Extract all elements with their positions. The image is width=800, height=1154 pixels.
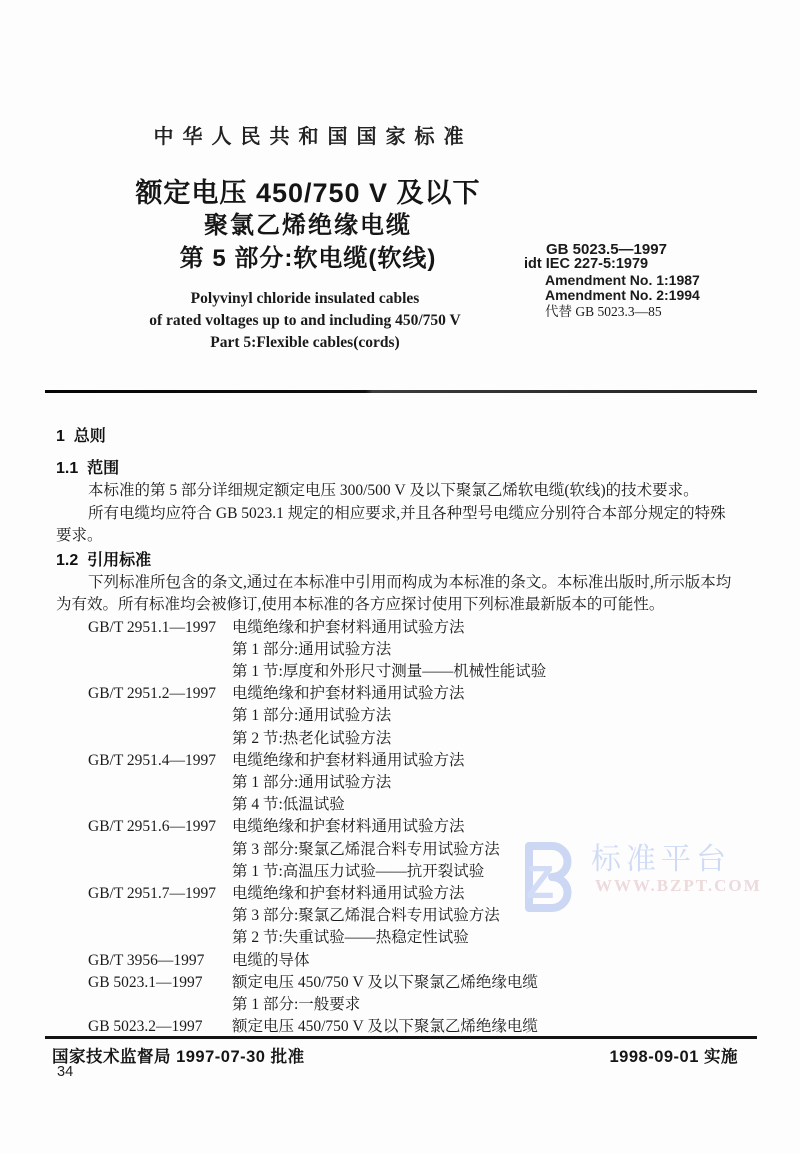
body-paragraph-line: 下列标准所包含的条文,通过在本标准中引用而构成为本标准的条文。本标准出版时,所示…	[56, 572, 768, 594]
reference-sub-line: 第 2 节:失重试验——热稳定性试验	[56, 927, 768, 949]
amendment-1: Amendment No. 1:1987	[524, 273, 774, 288]
standard-ref-number: GB/T 2951.6—1997	[88, 816, 232, 838]
reference-line: GB/T 2951.1—1997电缆绝缘和护套材料通用试验方法	[56, 617, 768, 639]
standard-ref-number: GB/T 2951.1—1997	[88, 617, 232, 639]
title-line-1: 额定电压 450/750 V 及以下	[0, 176, 616, 210]
document-page: 中华人民共和国国家标准 额定电压 450/750 V 及以下 聚氯乙烯绝缘电缆 …	[0, 0, 800, 1154]
reference-line: GB/T 2951.7—1997电缆绝缘和护套材料通用试验方法	[56, 883, 768, 905]
standard-ref-title: 电缆绝缘和护套材料通用试验方法	[232, 752, 465, 769]
implementation-date: 1998-09-01 实施	[610, 1043, 739, 1067]
body-paragraph-line: 所有电缆均应符合 GB 5023.1 规定的相应要求,并且各种型号电缆应分别符合…	[56, 503, 768, 525]
standard-ref-title: 电缆绝缘和护套材料通用试验方法	[232, 619, 465, 636]
standard-ref-title: 额定电压 450/750 V 及以下聚氯乙烯绝缘电缆	[232, 974, 538, 991]
title-en-line-3: Part 5:Flexible cables(cords)	[0, 332, 610, 354]
title-line-2: 聚氯乙烯绝缘电缆	[0, 210, 616, 242]
reference-line: GB/T 3956—1997电缆的导体	[56, 950, 768, 972]
title-en-line-1: Polyvinyl chloride insulated cables	[0, 288, 610, 310]
reference-line: GB/T 2951.6—1997电缆绝缘和护套材料通用试验方法	[56, 816, 768, 838]
reference-sub-line: 第 3 部分:聚氯乙烯混合料专用试验方法	[56, 839, 768, 861]
standard-ref-number: GB/T 2951.7—1997	[88, 883, 232, 905]
standard-ref-title: 额定电压 450/750 V 及以下聚氯乙烯绝缘电缆	[232, 1018, 538, 1035]
standard-ref-number: GB/T 2951.2—1997	[88, 683, 232, 705]
national-standard-header: 中华人民共和国国家标准	[0, 120, 626, 149]
reference-sub-line: 第 4 节:低温试验	[56, 794, 768, 816]
body-paragraph-line: 本标准的第 5 部分详细规定额定电压 300/500 V 及以下聚氯乙烯软电缆(…	[56, 480, 768, 502]
title-en-line-2: of rated voltages up to and including 45…	[0, 310, 610, 332]
reference-line: GB/T 2951.2—1997电缆绝缘和护套材料通用试验方法	[56, 683, 768, 705]
subsection-heading: 1.1 范围	[56, 458, 768, 480]
standard-ref-number: GB/T 3956—1997	[88, 950, 232, 972]
standard-ref-number: GB 5023.1—1997	[88, 972, 232, 994]
reference-sub-line: 第 1 部分:通用试验方法	[56, 639, 768, 661]
reference-sub-line: 第 3 部分:聚氯乙烯混合料专用试验方法	[56, 905, 768, 927]
standard-code: GB 5023.5—1997	[524, 242, 774, 257]
reference-sub-line: 第 1 节:厚度和外形尺寸测量——机械性能试验	[56, 661, 768, 683]
standard-ref-title: 电缆的导体	[232, 952, 310, 969]
subsection-heading: 1.2 引用标准	[56, 550, 768, 572]
reference-sub-line: 第 1 节:高温压力试验——抗开裂试验	[56, 861, 768, 883]
approval-authority-date: 国家技术监督局 1997-07-30 批准	[52, 1043, 305, 1067]
standard-ref-number: GB/T 2951.4—1997	[88, 750, 232, 772]
standard-ref-number: GB 5023.2—1997	[88, 1016, 232, 1038]
document-body: 1 总则 1.1 范围 本标准的第 5 部分详细规定额定电压 300/500 V…	[56, 426, 768, 1038]
header-divider-rule	[45, 390, 757, 393]
reference-sub-line: 第 1 部分:通用试验方法	[56, 772, 768, 794]
reference-line: GB 5023.1—1997额定电压 450/750 V 及以下聚氯乙烯绝缘电缆	[56, 972, 768, 994]
page-number: 34	[57, 1064, 73, 1080]
standard-ref-title: 电缆绝缘和护套材料通用试验方法	[232, 885, 465, 902]
body-paragraph-line: 为有效。所有标准均会被修订,使用本标准的各方应探讨使用下列标准最新版本的可能性。	[56, 594, 768, 616]
reference-sub-line: 第 2 节:热老化试验方法	[56, 728, 768, 750]
section-heading: 1 总则	[56, 426, 768, 448]
reference-line: GB/T 2951.4—1997电缆绝缘和护套材料通用试验方法	[56, 750, 768, 772]
standard-ref-title: 电缆绝缘和护套材料通用试验方法	[232, 818, 465, 835]
standard-title-en: Polyvinyl chloride insulated cables of r…	[0, 288, 610, 354]
idt-reference: idt IEC 227-5:1979	[524, 257, 774, 272]
body-paragraph-line: 要求。	[56, 525, 768, 547]
reference-sub-line: 第 1 部分:一般要求	[56, 994, 768, 1016]
reference-sub-line: 第 1 部分:通用试验方法	[56, 705, 768, 727]
standard-ref-title: 电缆绝缘和护套材料通用试验方法	[232, 685, 465, 702]
reference-line: GB 5023.2—1997额定电压 450/750 V 及以下聚氯乙烯绝缘电缆	[56, 1016, 768, 1038]
